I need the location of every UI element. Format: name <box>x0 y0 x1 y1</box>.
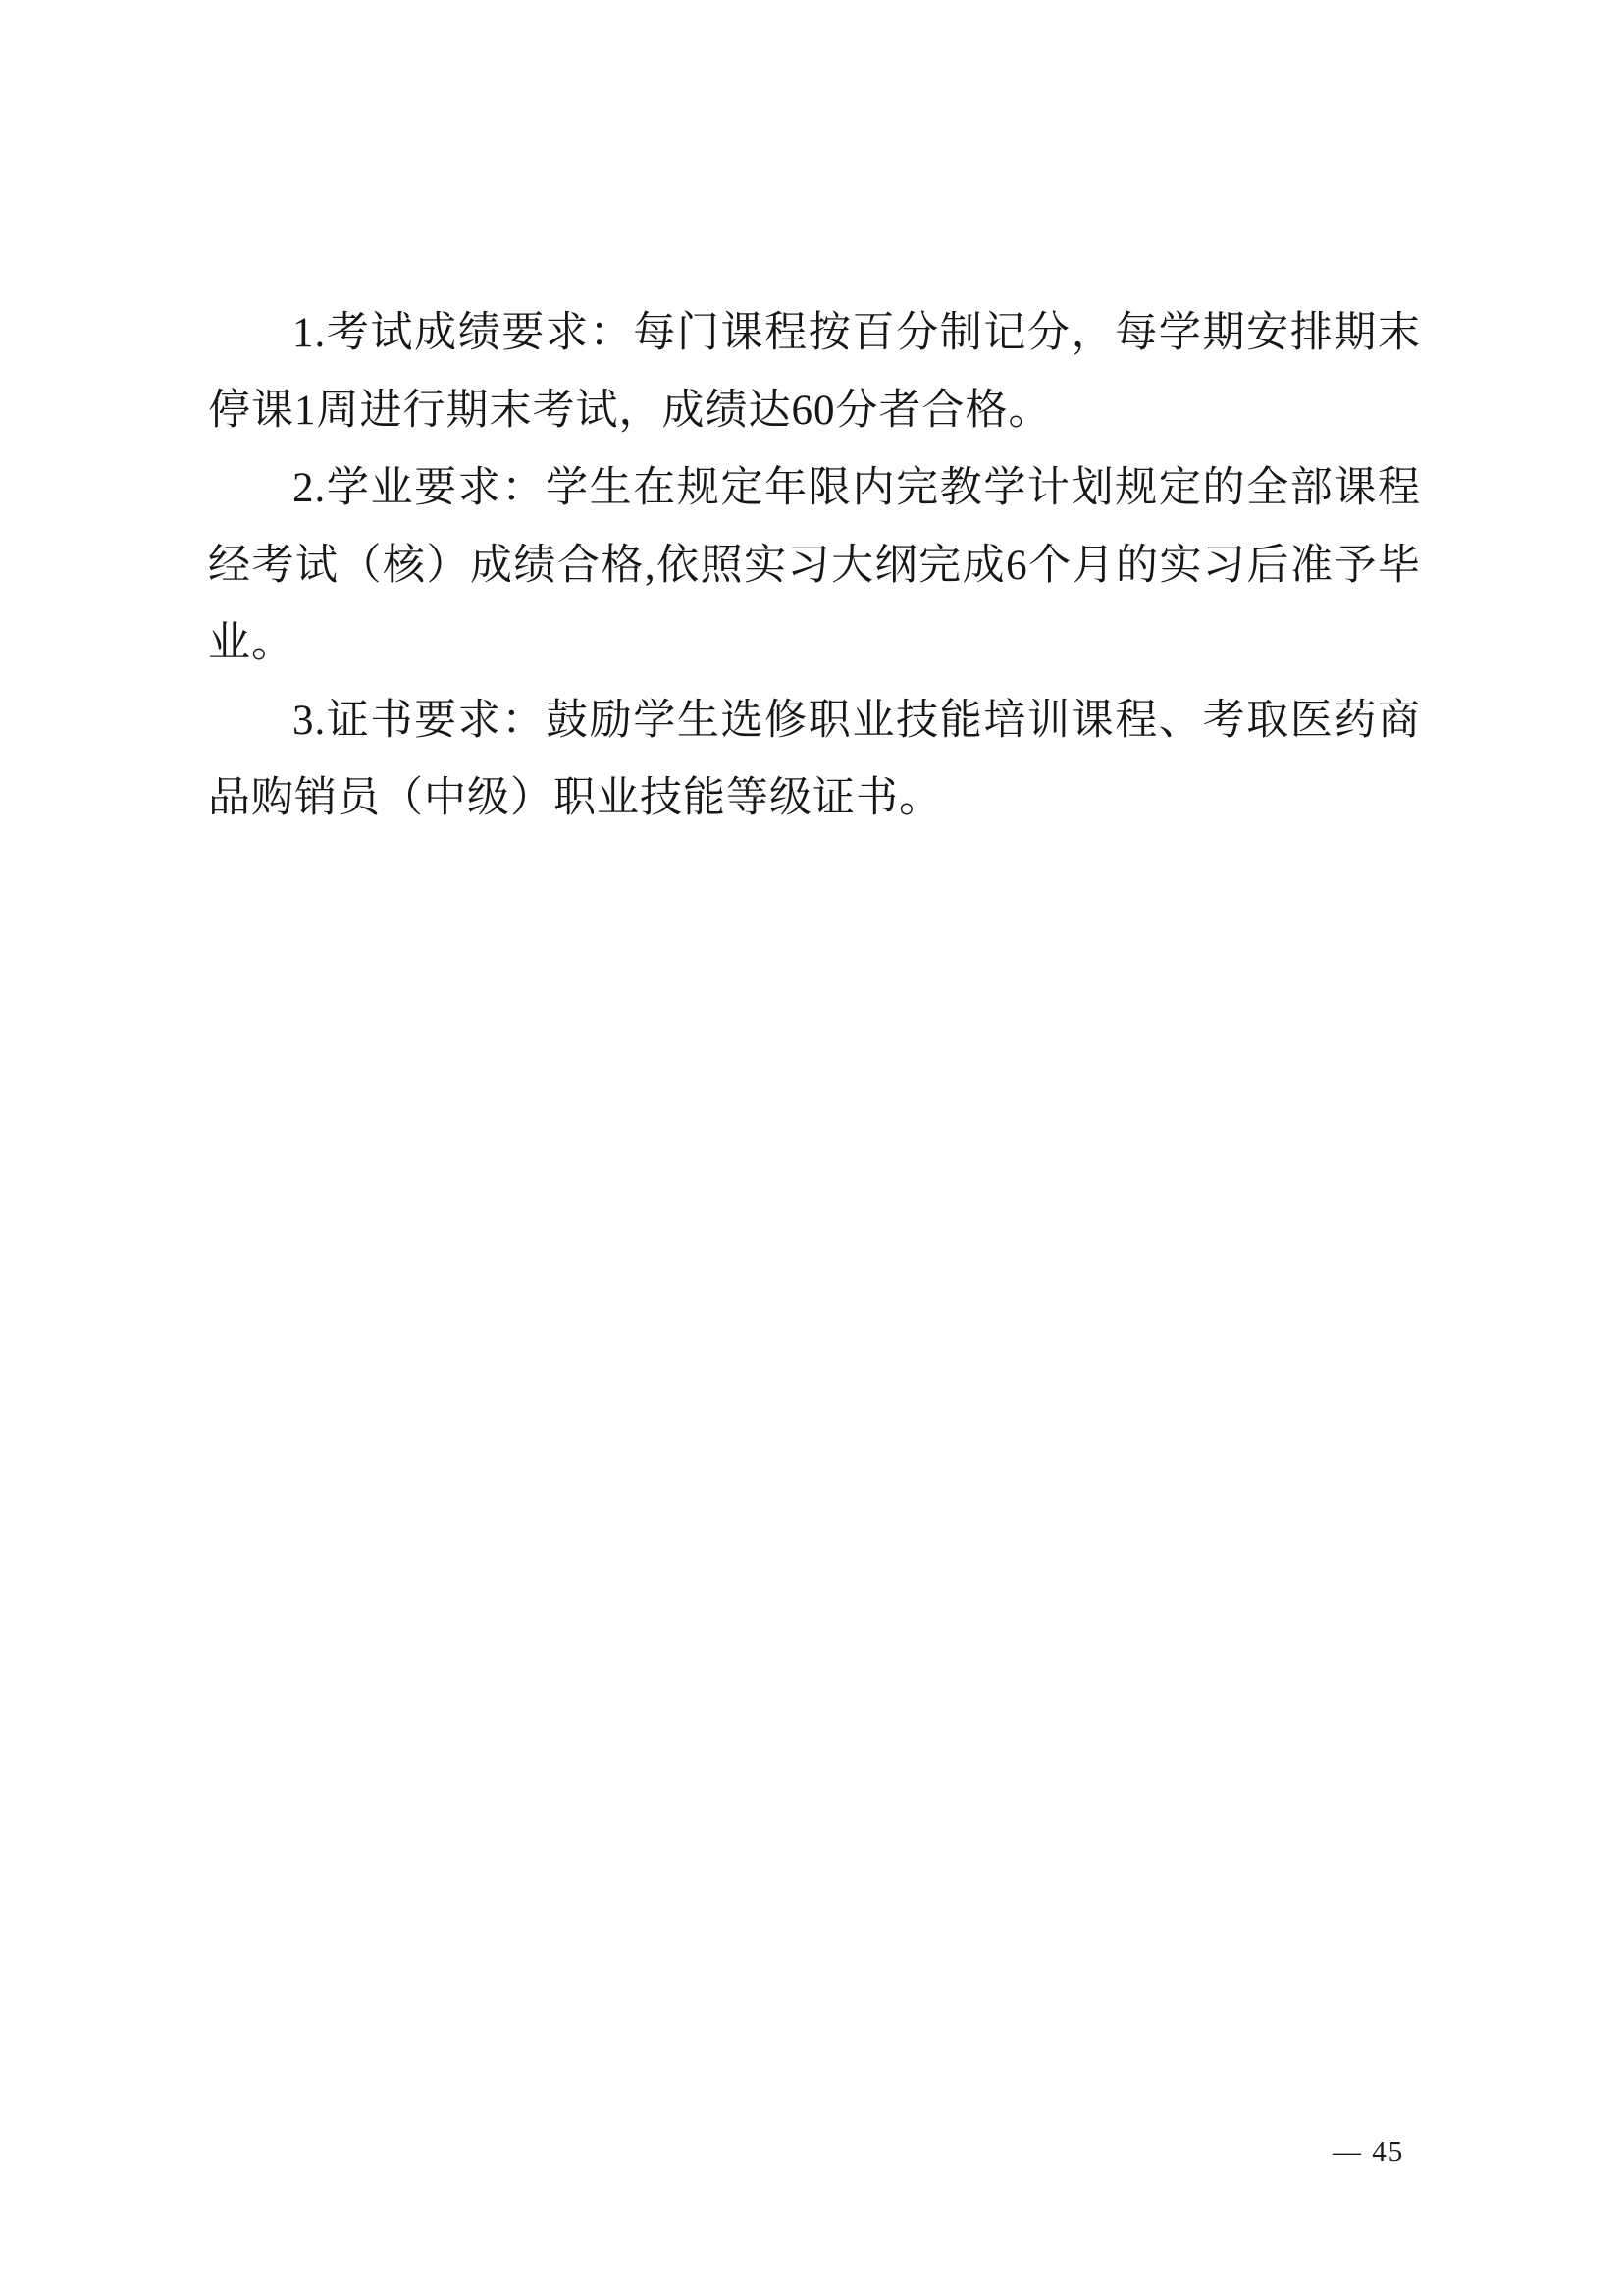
document-page: 1.考试成绩要求：每门课程按百分制记分，每学期安排期末停课1周进行期末考试，成绩… <box>0 0 1624 2295</box>
paragraph-certificate-requirements: 3.证书要求：鼓励学生选修职业技能培训课程、考取医药商品购销员（中级）职业技能等… <box>208 682 1421 837</box>
paragraph-academic-requirements: 2.学业要求：学生在规定年限内完教学计划规定的全部课程经考试（核）成绩合格,依照… <box>208 449 1421 682</box>
document-body-text: 1.考试成绩要求：每门课程按百分制记分，每学期安排期末停课1周进行期末考试，成绩… <box>208 294 1421 837</box>
page-number: — 45 <box>1333 2135 1404 2168</box>
paragraph-exam-score-requirements: 1.考试成绩要求：每门课程按百分制记分，每学期安排期末停课1周进行期末考试，成绩… <box>208 294 1421 449</box>
